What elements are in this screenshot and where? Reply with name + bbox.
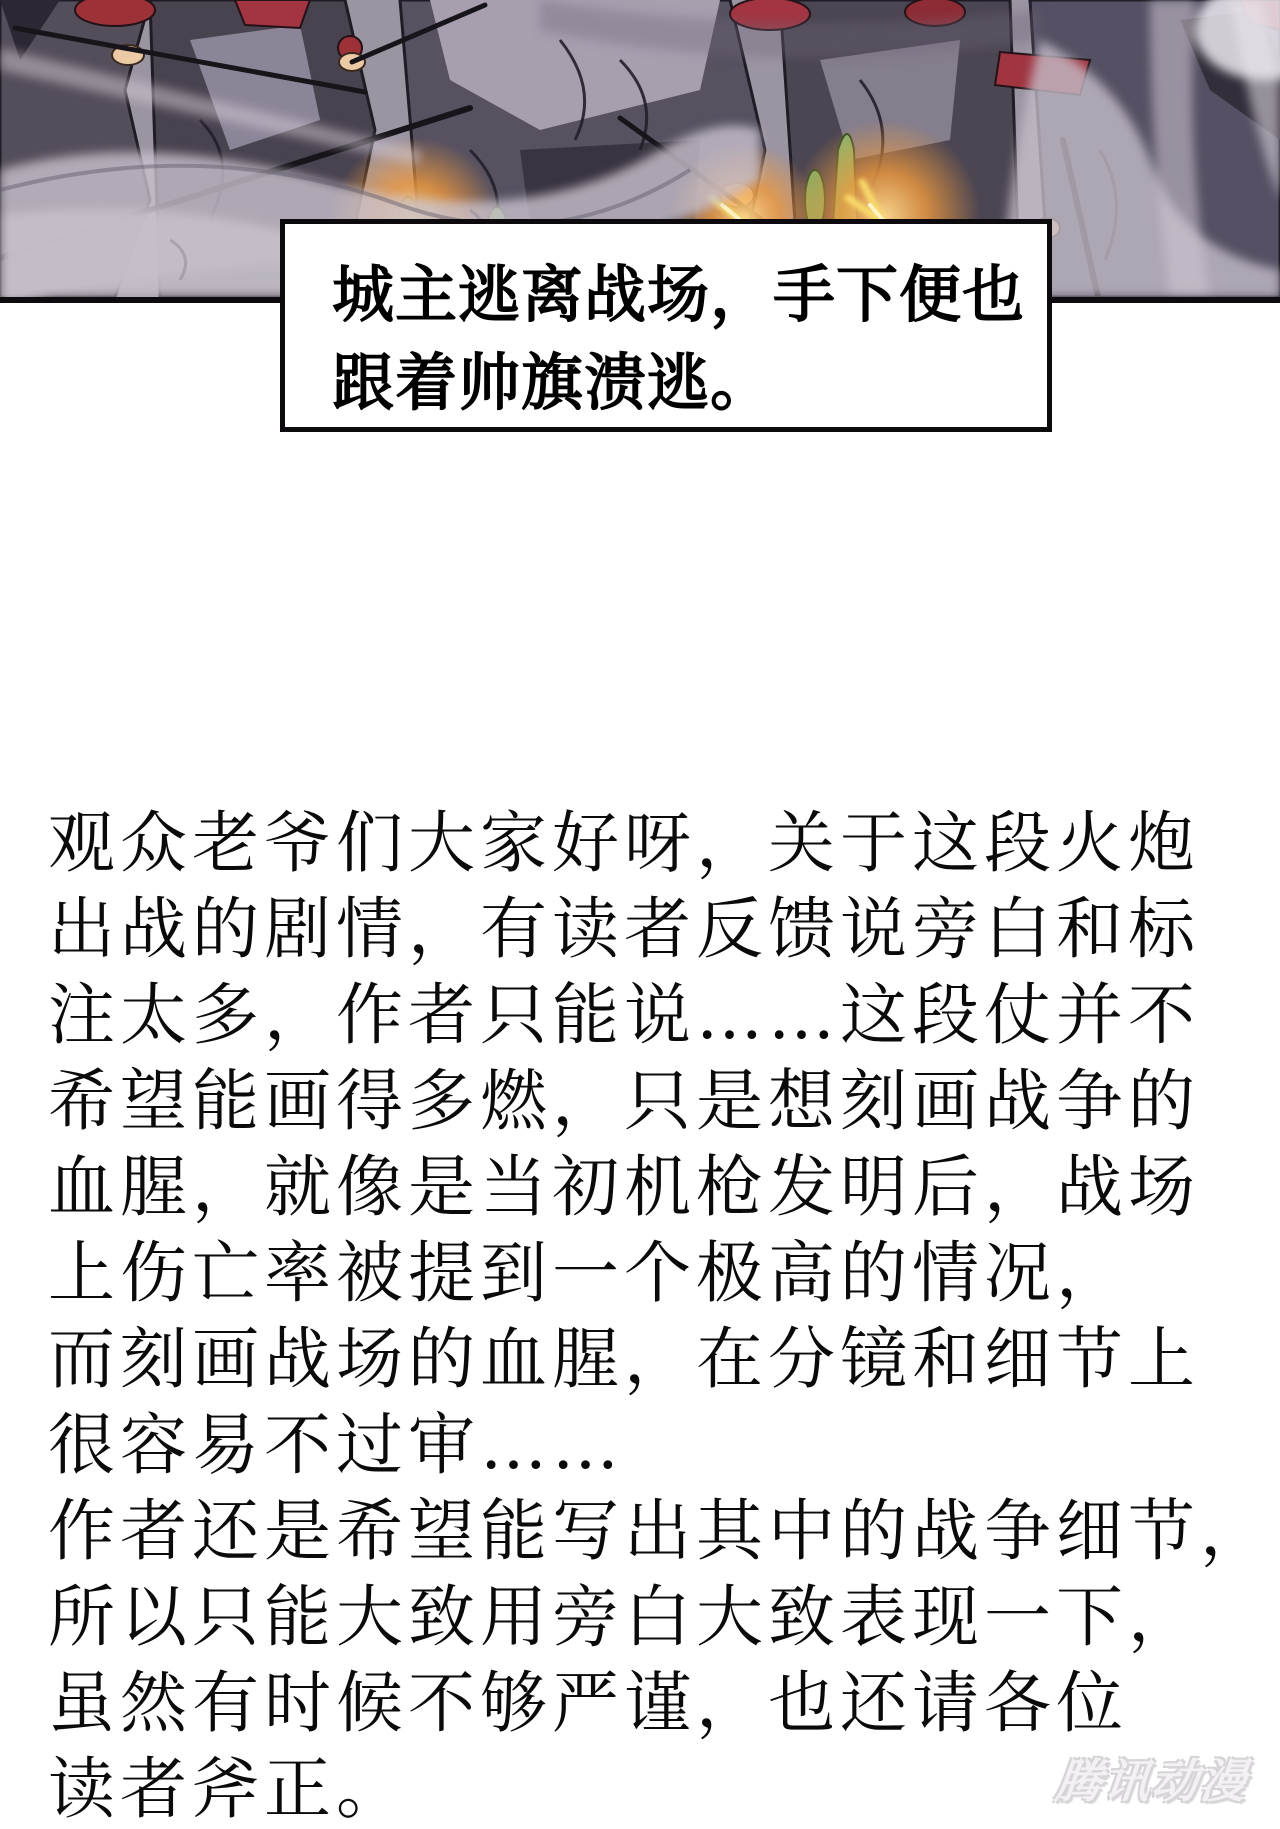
author-note-line: 出战的剧情，有读者反馈说旁白和标 — [48, 886, 1280, 972]
caption-box: 城主逃离战场，手下便也 跟着帅旗溃逃。 — [280, 219, 1052, 432]
tencent-comics-watermark: 腾讯动漫 — [1053, 1752, 1251, 1810]
author-note-line: 虽然有时候不够严谨，也还请各位 — [48, 1660, 1280, 1746]
caption-text-line-1: 城主逃离战场，手下便也 — [332, 251, 1047, 339]
author-note-line: 上伤亡率被提到一个极高的情况， — [48, 1230, 1280, 1316]
author-note-line: 血腥，就像是当初机枪发明后，战场 — [48, 1144, 1280, 1230]
author-note-line: 希望能画得多燃，只是想刻画战争的 — [48, 1058, 1280, 1144]
author-note-line: 所以只能大致用旁白大致表现一下， — [48, 1574, 1280, 1660]
author-note-line: 作者还是希望能写出其中的战争细节， — [48, 1488, 1280, 1574]
author-note-line: 很容易不过审…… — [48, 1402, 1280, 1488]
author-note-line: 注太多，作者只能说……这段仗并不 — [48, 972, 1280, 1058]
comic-page: 城主逃离战场，手下便也 跟着帅旗溃逃。 观众老爷们大家好呀，关于这段火炮 出战的… — [0, 0, 1280, 1829]
author-note: 观众老爷们大家好呀，关于这段火炮 出战的剧情，有读者反馈说旁白和标 注太多，作者… — [48, 800, 1280, 1829]
caption-text-line-2: 跟着帅旗溃逃。 — [332, 339, 1047, 427]
author-note-line: 观众老爷们大家好呀，关于这段火炮 — [48, 800, 1280, 886]
author-note-line: 而刻画战场的血腥，在分镜和细节上 — [48, 1316, 1280, 1402]
